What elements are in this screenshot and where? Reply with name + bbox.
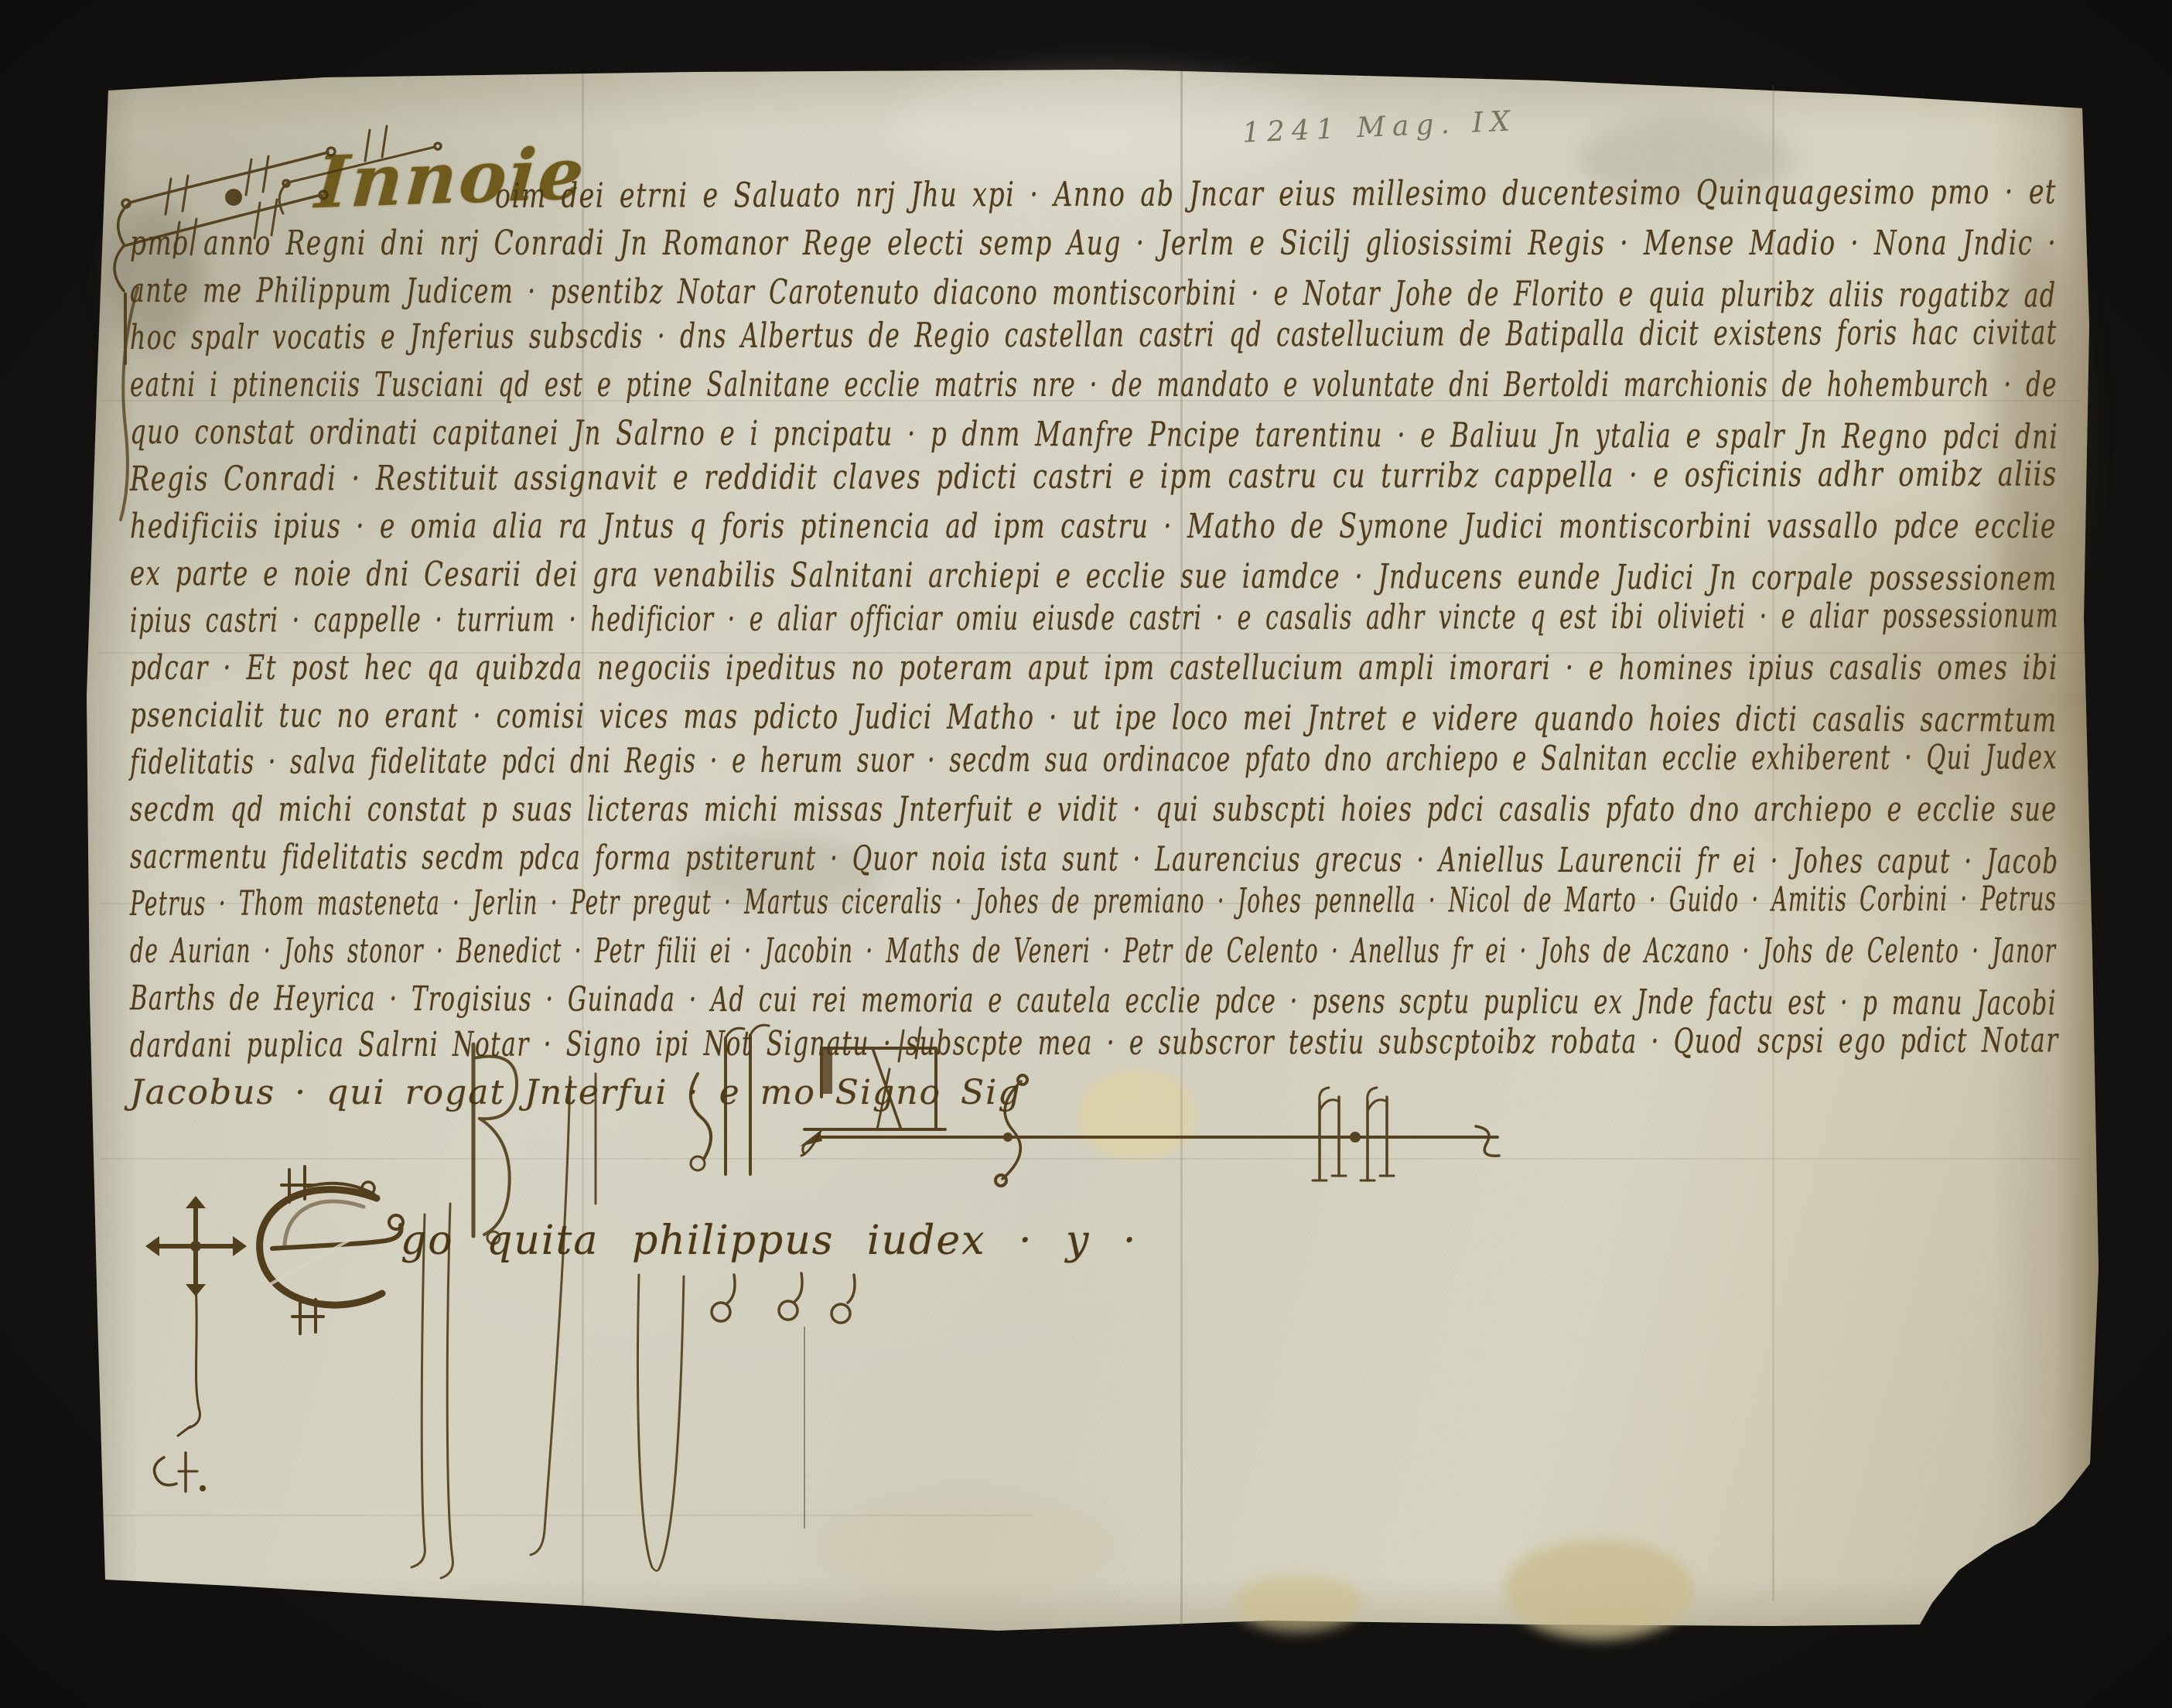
manuscript-line: ante me Philippum Judicem · psentibz Not…	[130, 271, 2057, 316]
manuscript-line: pmo anno Regni dni nrj Conradi Jn Romano…	[130, 224, 2057, 263]
manuscript-line: secdm qd michi constat p suas licteras m…	[130, 790, 2058, 829]
manuscript-line: de Aurian · Johs stonor · Benedict · Pet…	[130, 931, 2056, 971]
manuscript-line: quo constat ordinati capitanei Jn Salrno…	[130, 412, 2058, 457]
manuscript-line: ipius castri · cappelle · turrium · hedi…	[130, 596, 2059, 640]
manuscript-line: Regis Conradi · Restituit assignavit e r…	[130, 454, 2058, 499]
manuscript-line: hoc spalr vocatis e Jnferius subscdis · …	[130, 313, 2058, 357]
manuscript-line: Jacobus · qui rogat Jnterfui · e mo Sign…	[130, 1073, 1021, 1112]
manuscript-line: ex parte e noie dni Cesarii dei gra vena…	[130, 554, 2058, 599]
manuscript-line: hedificiis ipius · e omia alia ra Jntus …	[130, 507, 2057, 546]
manuscript-line: fidelitatis · salva fidelitate pdci dni …	[130, 737, 2058, 782]
photograph: 1241 Mag. IX Innoie oim dei etrni e Salu…	[0, 0, 2172, 1708]
manuscript-text: oim dei etrni e Saluato nrj Jhu xpi · An…	[0, 0, 2172, 1708]
manuscript-line: pdcar · Et post hec qa quibzda negociis …	[130, 648, 2058, 688]
manuscript-line: oim dei etrni e Saluato nrj Jhu xpi · An…	[495, 173, 2057, 216]
manuscript-line: sacrmentu fidelitatis secdm pdca forma p…	[130, 837, 2059, 882]
manuscript-line: psencialit tuc no erant · comisi vices m…	[130, 695, 2058, 740]
manuscript-line: Petrus · Thom masteneta · Jerlin · Petr …	[130, 879, 2057, 924]
signature-text: go quita philippus iudex · y ·	[401, 1218, 1137, 1264]
manuscript-line: Barths de Heyrica · Trogisius · Guinada …	[130, 979, 2057, 1023]
manuscript-line: dardani puplica Salrni Notar · Signo ipi…	[130, 1020, 2059, 1065]
manuscript-line: eatni i ptinenciis Tusciani qd est e pti…	[130, 365, 2058, 405]
